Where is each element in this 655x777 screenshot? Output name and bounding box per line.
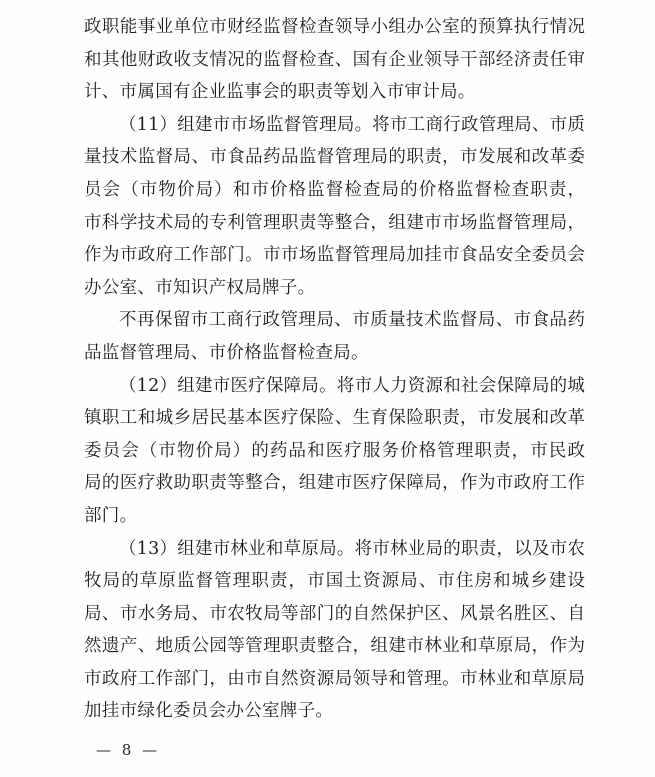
paragraph-item-11-market-supervision: （11）组建市市场监督管理局。将市工商行政管理局、市质量技术监督局、市食品药品监… xyxy=(84,109,585,305)
text-line: 牧局的草原监督管理职责，市国土资源局、市住房和城乡建设 xyxy=(84,565,585,598)
text-line: 然遗产、地质公园等管理职责整合，组建市林业和草原局，作为 xyxy=(84,630,585,663)
text-line: 不再保留市工商行政管理局、市质量技术监督局、市食品药 xyxy=(84,304,585,337)
document-page: 政职能事业单位市财经监督检查领导小组办公室的预算执行情况和其他财政收支情况的监督… xyxy=(0,0,655,777)
text-line: 部门。 xyxy=(84,500,585,533)
text-line: 计、市属国有企业监事会的职责等划入市审计局。 xyxy=(84,76,585,109)
text-line: 政职能事业单位市财经监督检查领导小组办公室的预算执行情况 xyxy=(84,11,585,44)
page-number: — 8 — xyxy=(96,740,158,760)
text-line: 作为市政府工作部门。市市场监督管理局加挂市食品安全委员会 xyxy=(84,239,585,272)
text-line: 和其他财政收支情况的监督检查、国有企业领导干部经济责任审 xyxy=(84,44,585,77)
text-line: 市科学技术局的专利管理职责等整合，组建市市场监督管理局， xyxy=(84,207,585,240)
text-line: （12）组建市医疗保障局。将市人力资源和社会保障局的城 xyxy=(84,370,585,403)
text-line: （11）组建市市场监督管理局。将市工商行政管理局、市质 xyxy=(84,109,585,142)
text-line: 加挂市绿化委员会办公室牌子。 xyxy=(84,695,585,728)
text-line: 品监督管理局、市价格监督检查局。 xyxy=(84,337,585,370)
paragraph-audit-bureau-continuation: 政职能事业单位市财经监督检查领导小组办公室的预算执行情况和其他财政收支情况的监督… xyxy=(84,11,585,109)
text-line: 委员会（市物价局）的药品和医疗服务价格管理职责，市民政 xyxy=(84,435,585,468)
text-block: 政职能事业单位市财经监督检查领导小组办公室的预算执行情况和其他财政收支情况的监督… xyxy=(84,11,585,728)
paragraph-item-13-forestry-grassland: （13）组建市林业和草原局。将市林业局的职责，以及市农牧局的草原监督管理职责，市… xyxy=(84,533,585,729)
paragraph-item-12-medical-security: （12）组建市医疗保障局。将市人力资源和社会保障局的城镇职工和城乡居民基本医疗保… xyxy=(84,370,585,533)
paragraph-item-11-abolished-bureaus: 不再保留市工商行政管理局、市质量技术监督局、市食品药品监督管理局、市价格监督检查… xyxy=(84,304,585,369)
text-line: 局、市水务局、市农牧局等部门的自然保护区、风景名胜区、自 xyxy=(84,598,585,631)
text-line: （13）组建市林业和草原局。将市林业局的职责，以及市农 xyxy=(84,533,585,566)
text-line: 员会（市物价局）和市价格监督检查局的价格监督检查职责， xyxy=(84,174,585,207)
text-line: 局的医疗救助职责等整合，组建市医疗保障局，作为市政府工作 xyxy=(84,467,585,500)
text-line: 市政府工作部门，由市自然资源局领导和管理。市林业和草原局 xyxy=(84,663,585,696)
text-line: 量技术监督局、市食品药品监督管理局的职责，市发展和改革委 xyxy=(84,141,585,174)
text-line: 办公室、市知识产权局牌子。 xyxy=(84,272,585,305)
text-line: 镇职工和城乡居民基本医疗保险、生育保险职责，市发展和改革 xyxy=(84,402,585,435)
